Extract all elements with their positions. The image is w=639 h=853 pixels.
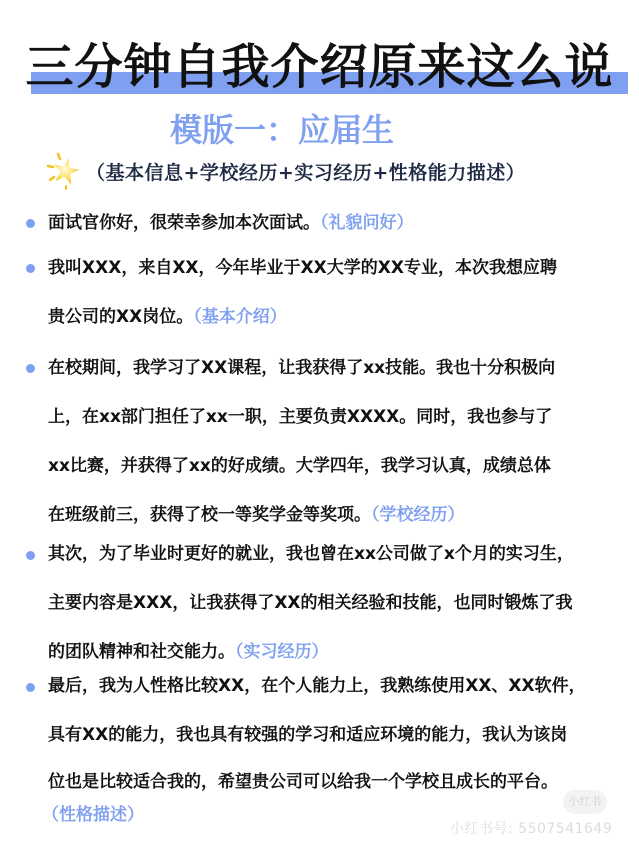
item-line: 的团队精神和社交能力。: [48, 642, 235, 662]
item-line: 上，在xx部门担任了xx一职，主要负责XXXX。同时，我也参与了: [48, 393, 628, 442]
bullet-dot-icon: [26, 364, 35, 373]
item-line: xx比赛，并获得了xx的好成绩。大学四年，我学习认真，成绩总体: [48, 442, 628, 491]
list-item-greeting: 面试官你好，很荣幸参加本次面试。（礼貌问好）: [48, 199, 628, 248]
bullet-dot-icon: [26, 264, 35, 273]
item-tag: （基本介绍）: [193, 307, 287, 327]
section-tagline: （基本信息+学校经历+实习经历+性格能力描述）: [86, 158, 525, 188]
title-block: 三分钟自我介绍原来这么说: [0, 38, 639, 98]
list-item-basic-info: 我叫XXX，来自XX，今年毕业于XX大学的XX专业，本次我想应聘 贵公司的XX岗…: [48, 244, 628, 342]
item-line: 最后，我为人性格比较XX，在个人能力上，我熟练使用XX、XX软件，: [48, 662, 628, 711]
item-line: 贵公司的XX岗位。: [48, 307, 193, 327]
template-subtitle: 模版一：应届生: [170, 108, 394, 152]
item-tag: （学校经历）: [371, 505, 465, 525]
sparkle-star-icon: [44, 150, 84, 190]
page-title: 三分钟自我介绍原来这么说: [0, 38, 639, 96]
item-line: 其次，为了毕业时更好的就业，我也曾在xx公司做了x个月的实习生，: [48, 530, 628, 579]
list-item-internship: 其次，为了毕业时更好的就业，我也曾在xx公司做了x个月的实习生， 主要内容是XX…: [48, 530, 628, 677]
watermark-badge: 小红书: [563, 790, 607, 814]
item-line: 位也是比较适合我的，希望贵公司可以给我一个学校且成长的平台。: [48, 760, 628, 804]
list-item-school: 在校期间，我学习了XX课程，让我获得了xx技能。我也十分积极向 上，在xx部门担…: [48, 344, 628, 540]
bullet-dot-icon: [26, 219, 35, 228]
bullet-dot-icon: [26, 551, 35, 560]
item-tag: （礼貌问好）: [320, 213, 414, 233]
bullet-dot-icon: [26, 683, 35, 692]
item-line: 在校期间，我学习了XX课程，让我获得了xx技能。我也十分积极向: [48, 344, 628, 393]
item-line: 主要内容是XXX，让我获得了XX的相关经验和技能，也同时锻炼了我: [48, 579, 628, 628]
item-text: 面试官你好，很荣幸参加本次面试。: [48, 213, 320, 233]
item-line: 我叫XXX，来自XX，今年毕业于XX大学的XX专业，本次我想应聘: [48, 244, 628, 293]
list-item-personality: 最后，我为人性格比较XX，在个人能力上，我熟练使用XX、XX软件， 具有XX的能…: [48, 662, 628, 826]
item-tag: （实习经历）: [235, 642, 329, 662]
watermark-id: 小红书号: 5507541649: [450, 818, 612, 838]
item-line: 在班级前三，获得了校一等奖学金等奖项。: [48, 505, 371, 525]
item-line: 具有XX的能力，我也具有较强的学习和适应环境的能力，我认为该岗: [48, 711, 628, 760]
